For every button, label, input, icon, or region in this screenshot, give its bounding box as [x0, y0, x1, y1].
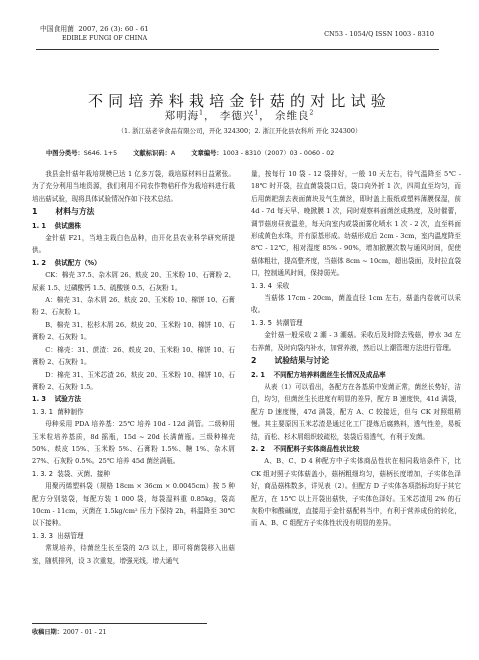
author: 李德兴	[220, 110, 255, 122]
footnote-rule	[32, 623, 207, 624]
right-column: 量，按每行 10 袋 - 12 袋排好，一般 10 天左右，待气温降至 5℃ -…	[251, 168, 461, 530]
left-column: 我县金针菇年栽培规模已达 1 亿多万袋，栽培原材料日益紧张。为了充分利用当地资源…	[32, 168, 235, 567]
section-heading: 1 材料与方法	[32, 206, 235, 218]
doc-code-value: A	[171, 150, 175, 157]
doc-code-label: 文献标识码：	[133, 150, 171, 157]
intro-paragraph: 我县金针菇年栽培规模已达 1 亿多万袋，栽培原材料日益紧张。为了充分利用当地资源…	[32, 168, 235, 205]
received-label: 收稿日期：	[32, 629, 63, 636]
subsubsection-heading: 1. 3. 4 采收	[251, 280, 461, 292]
section-heading: 2 试验结果与讨论	[251, 355, 461, 367]
paragraph: 金针菇一般采收 2 潮 - 3 潮菇。采收后及时除去残菇，停水 3d 左右养菌，…	[251, 329, 461, 354]
author: 余维良	[275, 110, 310, 122]
affiliations: （1. 浙江菇老爷食品有限公司，开化 324300；2. 浙江开化县农科所 开化…	[0, 126, 479, 135]
formula-ck: CK：棉壳 37.5、杂木屑 26、麸皮 20、玉米粉 10、石膏粉 2、尿素 …	[32, 269, 235, 294]
paragraph: 母种采用 PDA 培养基：25℃ 培养 10d - 12d 满管。二级种用玉米粒…	[32, 418, 235, 468]
received-date: 收稿日期：2007 - 01 - 21	[32, 627, 106, 636]
received-value: 2007 - 01 - 21	[63, 629, 107, 636]
paragraph: 常规培养，待菌丝生长至袋的 2/3 以上，即可将菌袋移入出菇室，随机排列，设 3…	[32, 542, 235, 567]
journal-name-cn: 中国食用菌	[40, 25, 74, 33]
article-no-value: 1003 - 8310（2007）03 - 0060 - 02	[223, 150, 335, 157]
citation: 2007, 26 (3): 60 - 61	[78, 25, 148, 33]
formula-b: B、棉壳 31、松杉木屑 26、麸皮 20、玉米粉 10、棉饼 10、石膏粉 2…	[32, 319, 235, 344]
classification-meta: 中图分类号：S646. 1+5 文献标识码：A 文章编号：1003 - 8310…	[46, 148, 334, 157]
subsubsection-heading: 1. 3. 2 装袋、灭菌、接种	[32, 468, 235, 480]
subsection-heading: 1. 2 供试配方（%）	[32, 257, 235, 269]
subsubsection-heading: 1. 3. 1 菌种制作	[32, 406, 235, 418]
formula-c: C：棉壳：31、蔗渣：26、麸皮 20、玉米粉 10、棉饼 10、石膏粉 2、石…	[32, 344, 235, 369]
paragraph: 金针菇 F21，当地主栽白色品种，由开化县农业科学研究所提供。	[32, 232, 235, 257]
author-affil-mark: 1	[254, 110, 259, 117]
subsection-heading: 1. 3 试验方法	[32, 393, 235, 405]
paragraph: 从表（1）可以看出，各配方在各基质中发菌正常，菌丝长势好，洁白，均匀，但菌丝生长…	[251, 381, 461, 443]
author-list: 郑明海1， 李德兴1， 余维良2	[0, 108, 479, 123]
journal-name-en: EDIBLE FUNGI OF CHINA	[40, 34, 149, 43]
subsubsection-heading: 1. 3. 3 出菇管理	[32, 530, 235, 542]
subsection-heading: 1. 1 供试菌株	[32, 220, 235, 232]
author: 郑明海	[165, 110, 200, 122]
author-affil-mark: 1	[199, 110, 204, 117]
journal-header-left: 中国食用菌 2007, 26 (3): 60 - 61 EDIBLE FUNGI…	[40, 25, 149, 43]
header-rule	[36, 49, 439, 50]
paragraph: A、B、C、D 4 种配方中子实体商品性状在相同栽培条件下，比 CK 组对照子实…	[251, 455, 461, 529]
subsection-heading: 2. 2 不同配料子实体商品性状比较	[251, 443, 461, 455]
formula-d: D：棉壳 31、玉米芯渣 26、麸皮 20、玉米粉 10、棉饼 10、石膏粉 2…	[32, 369, 235, 394]
article-no-label: 文章编号：	[191, 150, 222, 157]
paragraph-continued: 量，按每行 10 袋 - 12 袋排好，一般 10 天左右，待气温降至 5℃ -…	[251, 168, 461, 280]
issn-info: CN53 - 1054/Q ISSN 1003 - 8310	[324, 30, 434, 38]
clc-label: 中图分类号：	[46, 150, 84, 157]
author-affil-mark: 2	[310, 110, 315, 117]
paragraph: 当菇体 17cm - 20cm，菌盖直径 1cm 左右，菇盖内卷就可以采收。	[251, 292, 461, 317]
clc-value: S646. 1+5	[84, 150, 117, 157]
formula-a: A：棉壳 31、杂木屑 26、麸皮 20、玉米粉 10、棉饼 10、石膏粉 2、…	[32, 294, 235, 319]
paragraph: 用聚丙烯塑料袋（规格 18cm × 36cm × 0.0045cm）按 5 种配…	[32, 480, 235, 530]
subsection-heading: 2. 1 不同配方培养料菌丝生长情况及成品率	[251, 369, 461, 381]
subsubsection-heading: 1. 3. 5 转潮管理	[251, 317, 461, 329]
